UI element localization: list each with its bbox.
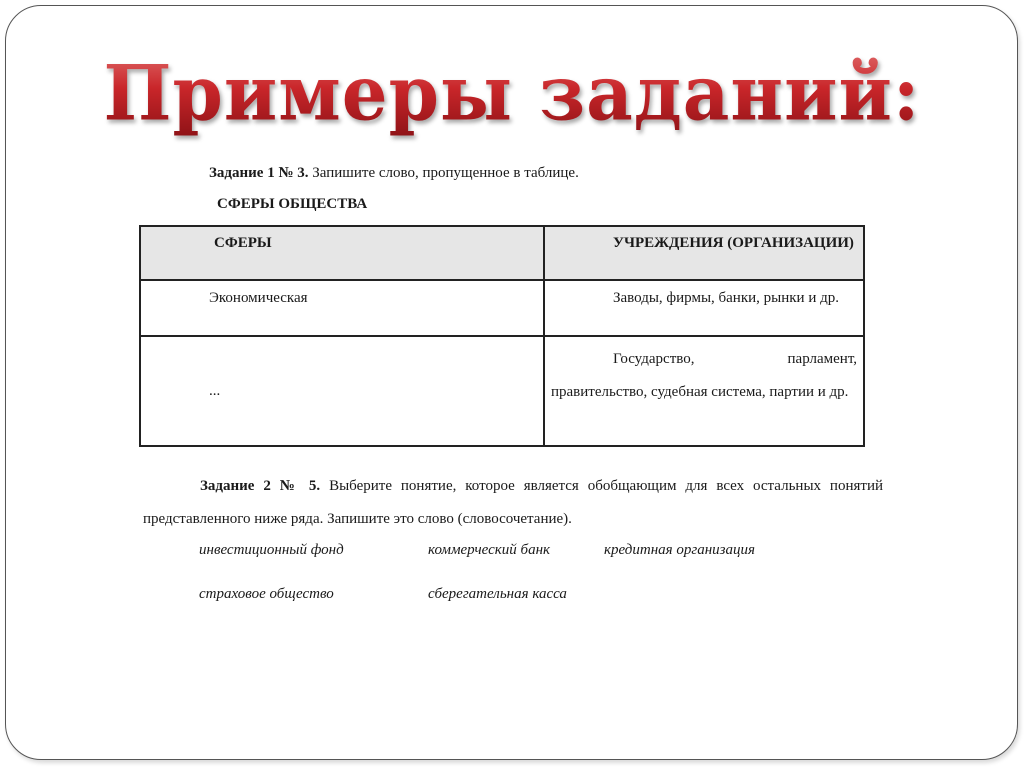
task2-text: Задание 2 № 5. Выберите понятие, которое…	[143, 470, 883, 536]
header-spheres: СФЕРЫ	[140, 226, 544, 280]
table-cell-missing: ...	[140, 336, 544, 446]
table-row: ... Государство, парламент, правительств…	[140, 336, 864, 446]
option-item: сберегательная касса	[428, 586, 567, 603]
task2-label: Задание 2 № 5.	[200, 478, 320, 494]
option-item: страховое общество	[199, 586, 334, 603]
table-header-row: СФЕРЫ УЧРЕЖДЕНИЯ (ОРГАНИЗАЦИИ)	[140, 226, 864, 280]
table-cell: Государство, парламент, правительство, с…	[544, 336, 864, 446]
slide-title: Примеры заданий:	[0, 48, 1024, 137]
header-institutions: УЧРЕЖДЕНИЯ (ОРГАНИЗАЦИИ)	[544, 226, 864, 280]
task1-instruction: Запишите слово, пропущенное в таблице.	[309, 165, 579, 181]
table-cell-text: Государство, парламент, правительство, с…	[551, 351, 857, 400]
table-title: СФЕРЫ ОБЩЕСТВА	[217, 196, 367, 213]
task1-label: Задание 1 № 3.	[209, 165, 309, 181]
task1-heading: Задание 1 № 3. Запишите слово, пропущенн…	[209, 165, 579, 182]
option-item: инвестиционный фонд	[199, 542, 344, 559]
option-item: коммерческий банк	[428, 542, 550, 559]
spheres-table: СФЕРЫ УЧРЕЖДЕНИЯ (ОРГАНИЗАЦИИ) Экономиче…	[139, 225, 865, 447]
table-row: Экономическая Заводы, фирмы, банки, рынк…	[140, 280, 864, 336]
table-cell: Экономическая	[140, 280, 544, 336]
table-cell: Заводы, фирмы, банки, рынки и др.	[544, 280, 864, 336]
option-item: кредитная организация	[604, 542, 755, 559]
